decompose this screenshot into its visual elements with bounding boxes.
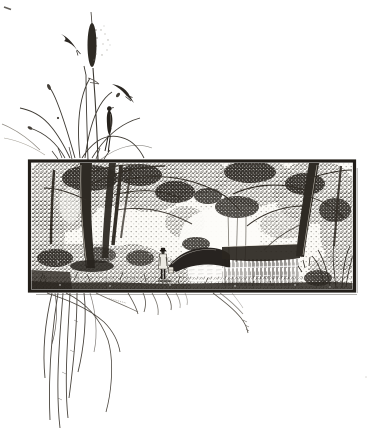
paper-speck-right-margin [365, 376, 367, 378]
engraving-page [0, 0, 371, 442]
framed-landscape [15, 156, 370, 295]
figure-hat-brim [160, 250, 167, 252]
engraving-vignette [0, 0, 371, 442]
light-shaft [60, 187, 80, 223]
seed-bud [57, 117, 59, 119]
landscape-interior [15, 156, 370, 290]
far-bank [222, 244, 300, 261]
foreground-grass-texture [31, 276, 353, 289]
